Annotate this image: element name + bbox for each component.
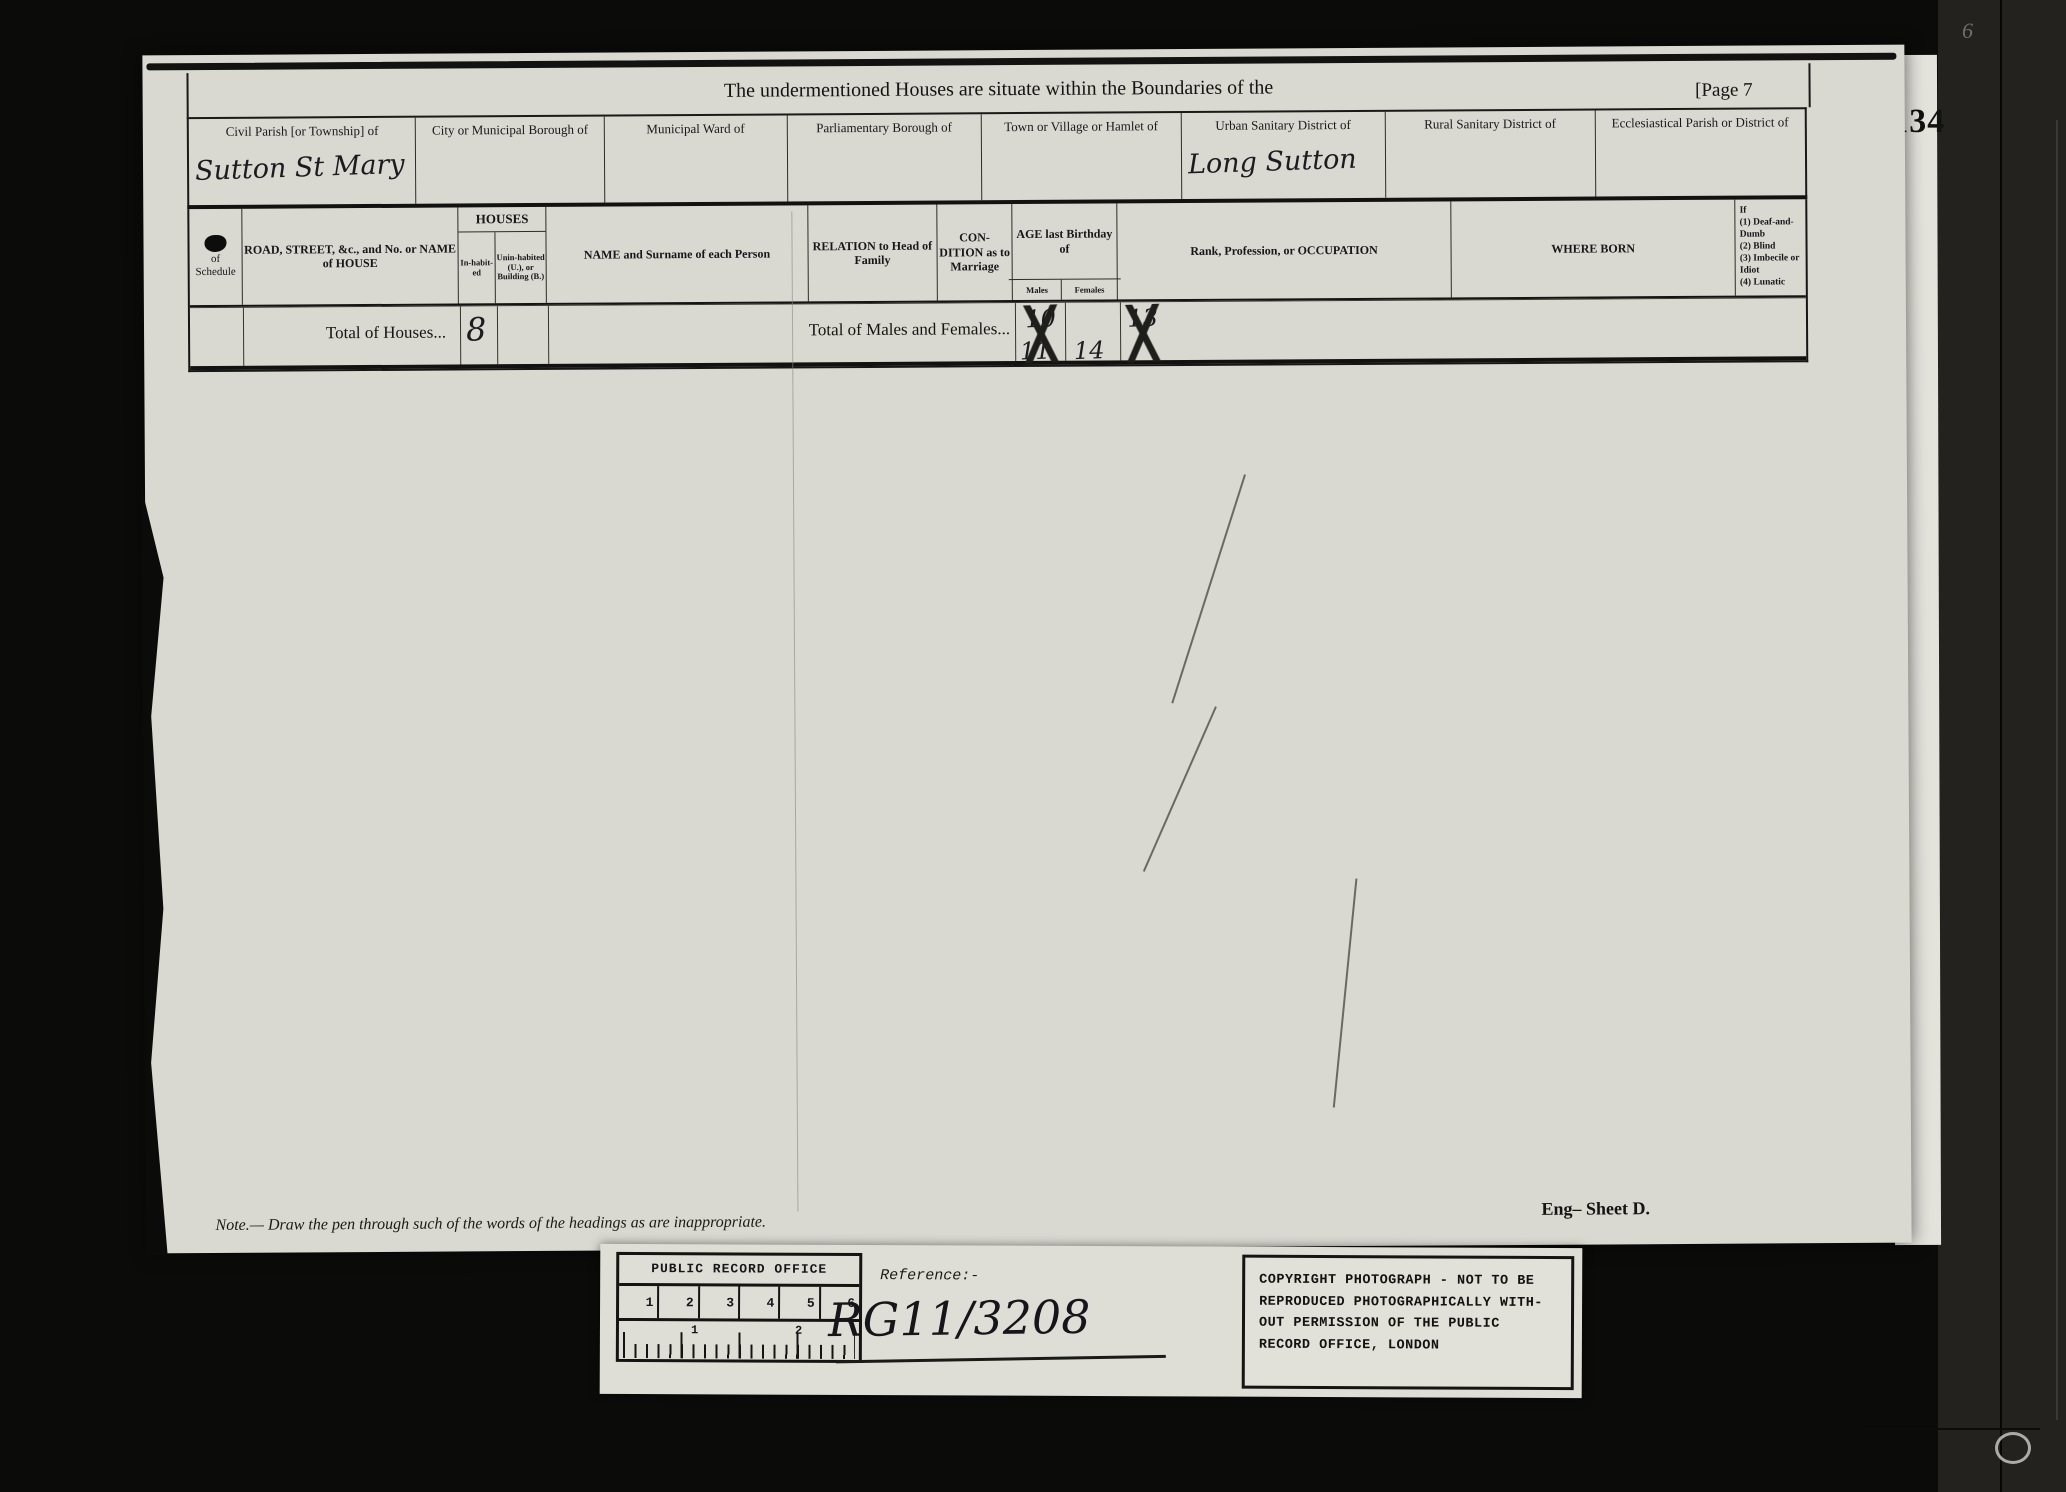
boundary-column: Civil Parish [or Township] ofSutton St M… xyxy=(189,118,417,205)
ink-blot-icon xyxy=(204,235,226,252)
page-edge-line xyxy=(2000,0,2002,1492)
pencil-stroke xyxy=(1171,474,1246,703)
footer-note: Note.— Draw the pen through such of the … xyxy=(215,1214,766,1235)
reference-number: RG11/3208 xyxy=(828,1290,1091,1347)
pro-ruler-segment: 3 xyxy=(700,1286,740,1318)
book-edge-panel xyxy=(1938,0,2066,1492)
column-headers: of Schedule ROAD, STREET, &c., and No. o… xyxy=(189,199,1806,307)
copyright-text-line: OUT PERMISSION OF THE PUBLIC xyxy=(1259,1313,1571,1336)
boundary-label: Municipal Ward of xyxy=(605,120,787,137)
header-road: ROAD, STREET, &c., and No. or NAME of HO… xyxy=(242,207,459,304)
boundary-column: City or Municipal Borough of xyxy=(416,117,605,204)
header-females: Females xyxy=(1062,279,1117,299)
page-edge-line-2 xyxy=(2056,120,2058,1420)
pencil-corner-mark: 6 xyxy=(1962,18,1973,44)
torn-edge xyxy=(141,485,168,1255)
pro-ruler-segment: 5 xyxy=(780,1287,820,1319)
header-males: Males xyxy=(1013,280,1063,300)
boundary-label: Urban Sanitary District of xyxy=(1181,117,1385,134)
boundary-label: Civil Parish [or Township] of xyxy=(189,123,416,141)
totals-row: Total of Houses... 8 Total of Males and … xyxy=(190,297,1806,370)
archive-stamp-strip: PUBLIC RECORD OFFICE 123456 1 2 Referenc… xyxy=(600,1244,1583,1398)
header-houses: HOUSES In-habit-ed Unin-habited (U.), or… xyxy=(459,207,548,304)
boundary-column: Municipal Ward of xyxy=(605,115,788,202)
census-form-page: The undermentioned Houses are situate wi… xyxy=(142,45,1911,1254)
total-females-crossed: 13 xyxy=(1117,303,1169,363)
copyright-text-line: COPYRIGHT PHOTOGRAPH - NOT TO BE xyxy=(1259,1270,1571,1293)
copyright-text-line: REPRODUCED PHOTOGRAPHICALLY WITH- xyxy=(1259,1291,1571,1314)
total-houses-label: Total of Houses... xyxy=(218,323,446,344)
pro-ruler-segment: 4 xyxy=(740,1286,780,1318)
boundary-label: Parliamentary Borough of xyxy=(787,119,981,136)
pencil-stroke-2 xyxy=(1143,706,1217,872)
form-title: The undermentioned Houses are situate wi… xyxy=(189,73,1809,106)
reference-label: Reference:- xyxy=(880,1267,979,1284)
boundary-header-band: Civil Parish [or Township] ofSutton St M… xyxy=(187,107,1808,209)
pro-ruler-segment: 2 xyxy=(659,1286,699,1318)
sheet-label: Eng– Sheet D. xyxy=(1541,1198,1650,1220)
pro-ruler: 1 2 xyxy=(619,1321,859,1363)
boundary-column: Urban Sanitary District ofLong Sutton xyxy=(1181,112,1386,199)
header-occupation: Rank, Profession, or OCCUPATION xyxy=(1117,201,1452,299)
copyright-stamp: COPYRIGHT PHOTOGRAPH - NOT TO BEREPRODUC… xyxy=(1242,1255,1575,1390)
total-females-corrected: 14 xyxy=(1064,336,1115,366)
boundary-label: Ecclesiastical Parish or District of xyxy=(1595,114,1805,132)
ruler-minor-ticks xyxy=(623,1344,855,1359)
copyright-text-line: RECORD OFFICE, LONDON xyxy=(1259,1335,1571,1358)
header-relation: RELATION to Head of Family xyxy=(808,205,938,302)
boundary-label: Rural Sanitary District of xyxy=(1386,116,1595,134)
reference-underline xyxy=(836,1355,1166,1363)
boundary-column: Parliamentary Borough of xyxy=(787,114,982,201)
page-number-label: [Page 7 xyxy=(1695,80,1753,102)
edge-rule xyxy=(1860,1428,2040,1430)
header-inhabited: In-habit-ed xyxy=(459,232,496,303)
boundary-column: Town or Village or Hamlet of xyxy=(982,113,1182,200)
punch-hole-mark xyxy=(1995,1432,2031,1464)
pencil-stroke-3 xyxy=(1333,879,1358,1108)
boundary-column: Rural Sanitary District of xyxy=(1386,111,1596,198)
boundary-column: Ecclesiastical Parish or District of xyxy=(1595,109,1805,196)
header-age: AGE last Birthday of Males Females xyxy=(1012,203,1118,300)
pro-ruler-segment: 1 xyxy=(619,1286,659,1318)
header-uninhabited: Unin-habited (U.), or Building (B.) xyxy=(495,232,546,303)
census-table: of Schedule ROAD, STREET, &c., and No. o… xyxy=(187,199,1808,372)
photographed-census-sheet: 6 134 The undermentioned Houses are situ… xyxy=(0,0,2066,1492)
boundary-label: City or Municipal Borough of xyxy=(416,122,604,139)
pro-ruler-segments: 123456 xyxy=(619,1286,859,1322)
pro-stamp-title: PUBLIC RECORD OFFICE xyxy=(619,1255,859,1287)
header-condition: CON-DITION as to Marriage xyxy=(937,204,1012,300)
header-where-born: WHERE BORN xyxy=(1451,200,1736,298)
boundary-value-handwritten: Sutton St Mary xyxy=(195,149,406,187)
header-name: NAME and Surname of each Person xyxy=(547,205,809,303)
total-males-females-label: Total of Males and Females... xyxy=(570,319,1010,342)
boundary-value-handwritten: Long Sutton xyxy=(1187,144,1357,181)
total-houses-value: 8 xyxy=(465,310,487,349)
public-record-office-stamp: PUBLIC RECORD OFFICE 123456 1 2 xyxy=(616,1252,862,1363)
header-infirmities: If (1) Deaf-and-Dumb (2) Blind (3) Imbec… xyxy=(1735,199,1805,295)
header-schedule: of Schedule xyxy=(189,209,242,305)
total-males-corrected: 11 xyxy=(1010,336,1061,366)
boundary-label: Town or Village or Hamlet of xyxy=(982,118,1181,135)
